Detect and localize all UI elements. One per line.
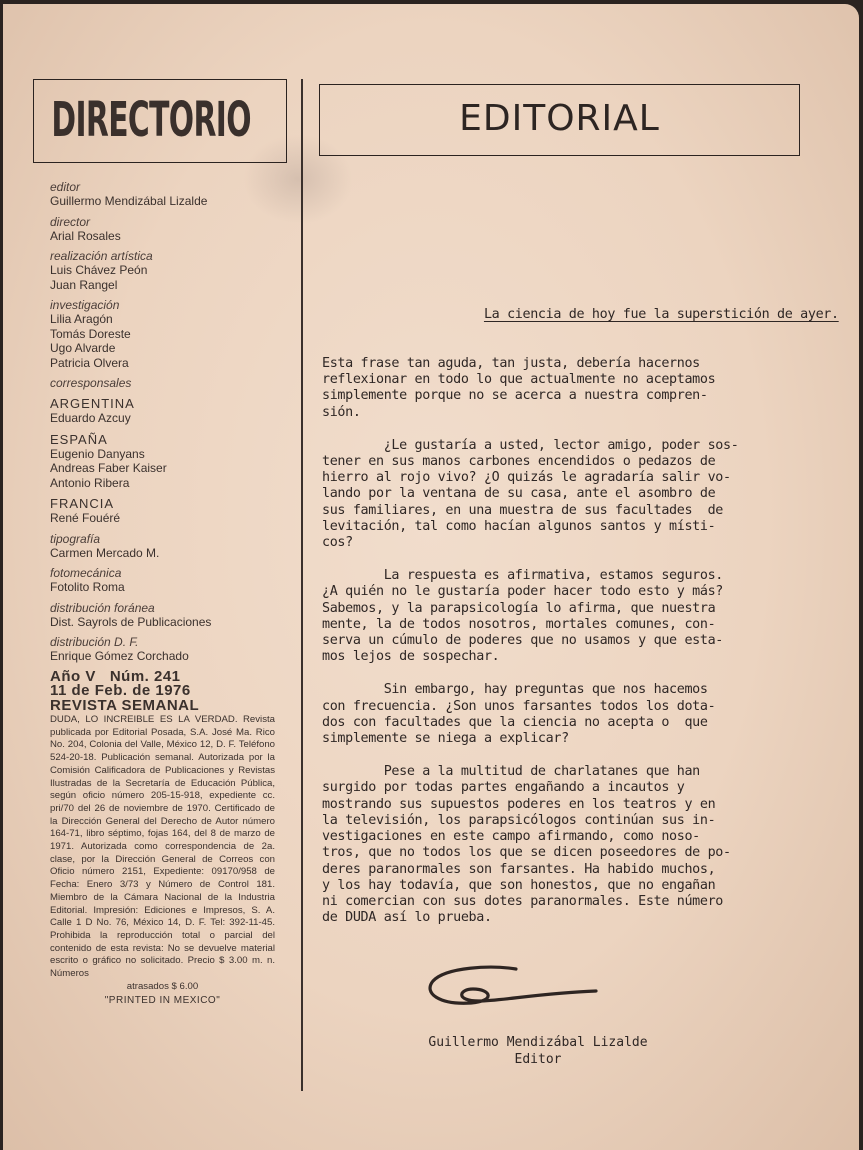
staff-name: Eugenio Danyans	[50, 447, 285, 462]
editorial-headline: La ciencia de hoy fue la superstición de…	[484, 307, 839, 322]
correspondents-list: ARGENTINAEduardo AzcuyESPAÑAEugenio Dany…	[50, 396, 285, 526]
role-label: fotomecánica	[50, 566, 285, 580]
signature-block: Guillermo Mendizábal Lizalde Editor	[383, 1034, 693, 1068]
correspondents-section: corresponsales	[50, 376, 285, 390]
directory-section: directorArial Rosales	[50, 215, 285, 244]
role-label: director	[50, 215, 285, 229]
staff-name: Juan Rangel	[50, 278, 285, 293]
editorial-paragraph: ¿Le gustaría a usted, lector amigo, pode…	[322, 438, 792, 551]
staff-name: Enrique Gómez Corchado	[50, 649, 285, 664]
role-label: distribución D. F.	[50, 635, 285, 649]
directory-header-box: DIRECTORIO	[33, 79, 287, 163]
correspondents-label: corresponsales	[50, 376, 285, 390]
staff-name: Patricia Olvera	[50, 356, 285, 371]
staff-name: Fotolito Roma	[50, 580, 285, 595]
magazine-page: DIRECTORIO EDITORIAL editorGuillermo Men…	[3, 4, 859, 1150]
role-label: editor	[50, 180, 285, 194]
editorial-paragraph: Pese a la multitud de charlatanes que ha…	[322, 764, 792, 926]
editorial-headline-line: La ciencia de hoy fue la superstición de…	[322, 307, 792, 323]
staff-name: Arial Rosales	[50, 229, 285, 244]
directory-section: FRANCIARené Fouéré	[50, 496, 285, 526]
directory-section: distribución foráneaDist. Sayrols de Pub…	[50, 601, 285, 630]
editorial-body: La ciencia de hoy fue la superstición de…	[322, 275, 792, 976]
editorial-paragraph: Esta frase tan aguda, tan justa, debería…	[322, 356, 792, 421]
legal-text: DUDA, LO INCREIBLE ES LA VERDAD. Revista…	[50, 714, 275, 979]
directory-section: editorGuillermo Mendizábal Lizalde	[50, 180, 285, 209]
back-issues-price: atrasados $ 6.00	[50, 981, 275, 994]
publication-frequency: REVISTA SEMANAL	[50, 699, 285, 714]
production-list: tipografíaCarmen Mercado M.fotomecánicaF…	[50, 532, 285, 664]
country-label: ESPAÑA	[50, 432, 285, 447]
directory-section: fotomecánicaFotolito Roma	[50, 566, 285, 595]
printed-in-mexico: "PRINTED IN MEXICO"	[50, 995, 275, 1006]
role-label: investigación	[50, 298, 285, 312]
editorial-paragraph: Sin embargo, hay preguntas que nos hacem…	[322, 682, 792, 747]
staff-name: Dist. Sayrols de Publicaciones	[50, 615, 285, 630]
staff-name: Antonio Ribera	[50, 476, 285, 491]
directory-section: ARGENTINAEduardo Azcuy	[50, 396, 285, 426]
country-label: FRANCIA	[50, 496, 285, 511]
role-label: realización artística	[50, 249, 285, 263]
directory-section: distribución D. F.Enrique Gómez Corchado	[50, 635, 285, 664]
staff-name: Carmen Mercado M.	[50, 546, 285, 561]
editorial-header-box: EDITORIAL	[319, 84, 800, 156]
staff-name: Eduardo Azcuy	[50, 411, 285, 426]
staff-name: Lilia Aragón	[50, 312, 285, 327]
role-label: distribución foránea	[50, 601, 285, 615]
signature-title: Editor	[383, 1051, 693, 1068]
column-divider	[301, 79, 303, 1091]
directory-column: editorGuillermo Mendizábal Lizaldedirect…	[50, 180, 285, 1006]
directory-section: ESPAÑAEugenio DanyansAndreas Faber Kaise…	[50, 432, 285, 491]
staff-name: Luis Chávez Peón	[50, 263, 285, 278]
staff-list: editorGuillermo Mendizábal Lizaldedirect…	[50, 180, 285, 370]
directory-section: investigaciónLilia AragónTomás DoresteUg…	[50, 298, 285, 370]
directory-section: realización artísticaLuis Chávez PeónJua…	[50, 249, 285, 292]
editorial-title: EDITORIAL	[320, 97, 799, 141]
staff-name: Guillermo Mendizábal Lizalde	[50, 194, 285, 209]
staff-name: René Fouéré	[50, 511, 285, 526]
directory-title: DIRECTORIO	[34, 94, 190, 146]
signature-icon	[421, 959, 601, 1019]
staff-name: Andreas Faber Kaiser	[50, 461, 285, 476]
country-label: ARGENTINA	[50, 396, 285, 411]
editorial-paragraph: La respuesta es afirmativa, estamos segu…	[322, 568, 792, 665]
staff-name: Tomás Doreste	[50, 327, 285, 342]
signature-name: Guillermo Mendizábal Lizalde	[383, 1034, 693, 1051]
role-label: tipografía	[50, 532, 285, 546]
directory-section: tipografíaCarmen Mercado M.	[50, 532, 285, 561]
legal-notice: DUDA, LO INCREIBLE ES LA VERDAD. Revista…	[50, 714, 275, 993]
editorial-paragraphs: Esta frase tan aguda, tan justa, debería…	[322, 356, 792, 926]
staff-name: Ugo Alvarde	[50, 341, 285, 356]
